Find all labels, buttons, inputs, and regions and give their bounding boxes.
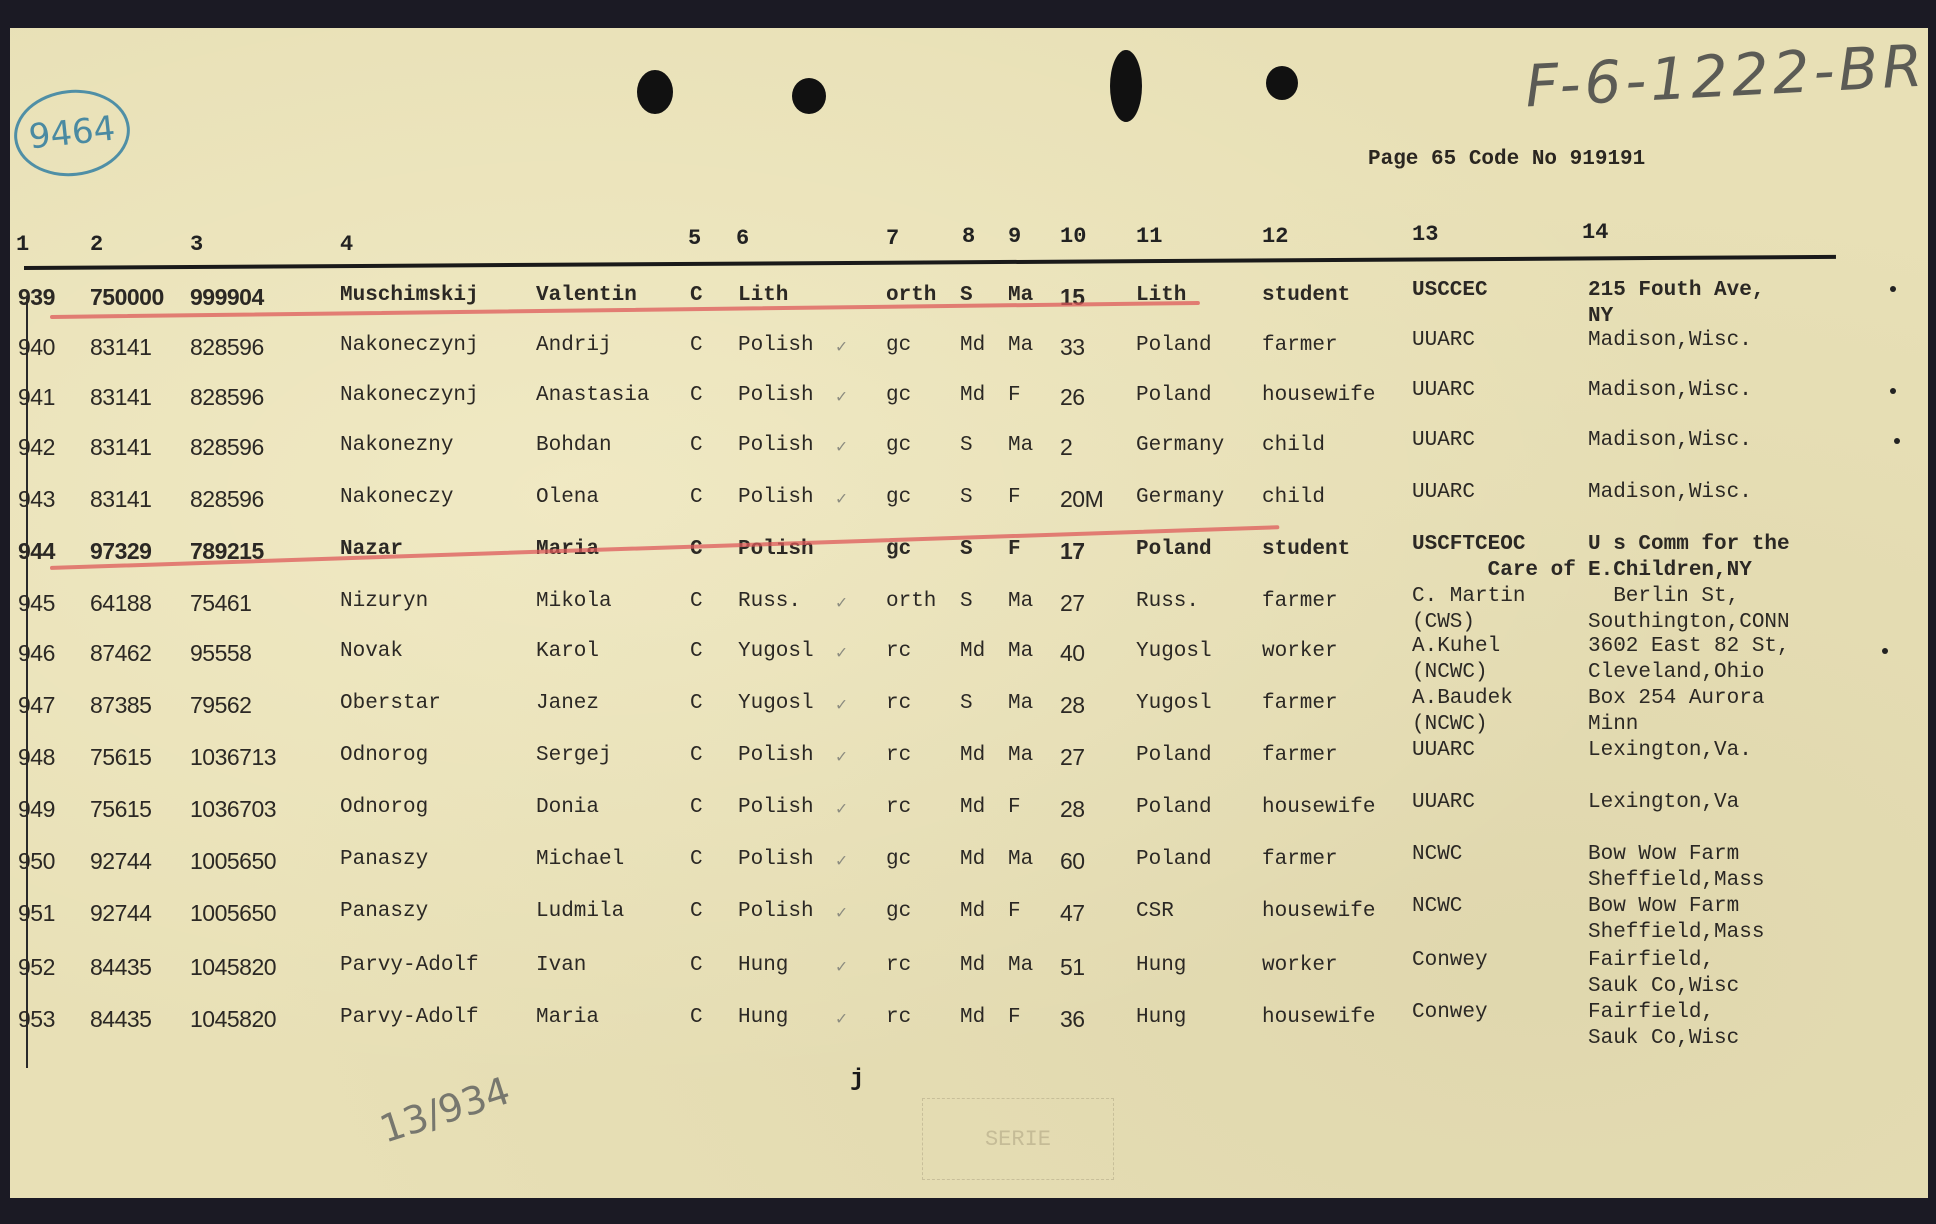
entry-number: 948 xyxy=(18,744,55,771)
table-row: 949756151036703OdnorogDoniaCPolish✓rcMdF… xyxy=(10,796,1928,846)
column-header: 11 xyxy=(1136,224,1162,249)
destination-address: 215 Fouth Ave, NY xyxy=(1588,278,1764,330)
column-header: 10 xyxy=(1060,224,1086,249)
file-number: 828596 xyxy=(190,384,264,411)
marital-status: Md xyxy=(960,848,985,871)
entry-number: 944 xyxy=(18,538,55,565)
age: 47 xyxy=(1060,900,1085,927)
entry-number: 940 xyxy=(18,334,55,361)
entry-number: 945 xyxy=(18,590,55,617)
sponsoring-agency: NCWC xyxy=(1412,842,1462,868)
document-page: 9464 F-6-1222-BR Page 65 Code No 919191 … xyxy=(10,28,1928,1198)
file-number: 1005650 xyxy=(190,848,276,875)
religion: gc xyxy=(886,334,911,357)
occupation: worker xyxy=(1262,640,1338,663)
column-header: 2 xyxy=(90,232,103,257)
case-number: 75615 xyxy=(90,796,151,823)
age: 17 xyxy=(1060,538,1085,565)
checkmark-icon: ✓ xyxy=(836,1008,847,1030)
nationality: Polish xyxy=(738,796,814,819)
sponsoring-agency: A.Kuhel (NCWC) xyxy=(1412,634,1500,686)
age: 51 xyxy=(1060,954,1085,981)
nationality: Russ. xyxy=(738,590,801,613)
age: 27 xyxy=(1060,744,1085,771)
marital-status: Md xyxy=(960,954,985,977)
occupation: farmer xyxy=(1262,334,1338,357)
country: Poland xyxy=(1136,848,1212,871)
sponsoring-agency: Conwey xyxy=(1412,948,1488,974)
occupation: farmer xyxy=(1262,848,1338,871)
category: C xyxy=(690,384,703,407)
nationality: Polish xyxy=(738,384,814,407)
destination-address: Berlin St, Southington,CONN xyxy=(1588,584,1790,636)
nationality: Polish xyxy=(738,744,814,767)
country: Russ. xyxy=(1136,590,1199,613)
entry-number: 952 xyxy=(18,954,55,981)
punch-hole xyxy=(1110,50,1142,122)
given-name: Donia xyxy=(536,796,599,819)
surname: Nakoneczynj xyxy=(340,334,479,357)
entry-number: 941 xyxy=(18,384,55,411)
table-row: 951927441005650PanaszyLudmilaCPolish✓gcM… xyxy=(10,900,1928,950)
file-number: 999904 xyxy=(190,284,264,311)
checkmark-icon: ✓ xyxy=(836,798,847,820)
checkmark-icon: ✓ xyxy=(836,956,847,978)
nationality: Polish xyxy=(738,900,814,923)
marital-status: Md xyxy=(960,640,985,663)
table-row: 948756151036713OdnorogSergejCPolish✓rcMd… xyxy=(10,744,1928,794)
surname: Panaszy xyxy=(340,900,428,923)
checkmark-icon: ✓ xyxy=(836,694,847,716)
sponsoring-agency: USCFTCEOC Care of xyxy=(1412,532,1576,584)
given-name: Maria xyxy=(536,1006,599,1029)
file-number: 1045820 xyxy=(190,954,276,981)
marital-status: S xyxy=(960,434,973,457)
sex: F xyxy=(1008,486,1021,509)
margin-dot xyxy=(1890,388,1896,394)
checkmark-icon: ✓ xyxy=(836,336,847,358)
sex: Ma xyxy=(1008,434,1033,457)
checkmark-icon: ✓ xyxy=(836,592,847,614)
occupation: farmer xyxy=(1262,744,1338,767)
category: C xyxy=(690,1006,703,1029)
age: 20M xyxy=(1060,486,1103,513)
column-header: 13 xyxy=(1412,222,1438,247)
sex: Ma xyxy=(1008,692,1033,715)
punch-hole xyxy=(1266,66,1298,100)
category: C xyxy=(690,640,703,663)
table-row: 94083141828596NakoneczynjAndrijCPolish✓g… xyxy=(10,334,1928,384)
case-number: 87385 xyxy=(90,692,151,719)
page-code-line: Page 65 Code No 919191 xyxy=(1368,148,1645,171)
destination-address: Madison,Wisc. xyxy=(1588,480,1752,506)
case-number: 750000 xyxy=(90,284,164,311)
surname: Nizuryn xyxy=(340,590,428,613)
table-row: 94497329789215NazarMariaCPolishgcSF17Pol… xyxy=(10,538,1928,588)
destination-address: Lexington,Va. xyxy=(1588,738,1752,764)
category: C xyxy=(690,796,703,819)
stamp-number: 9464 xyxy=(10,84,134,182)
margin-dot xyxy=(1890,286,1896,292)
country: Poland xyxy=(1136,334,1212,357)
file-number: 1005650 xyxy=(190,900,276,927)
sex: Ma xyxy=(1008,590,1033,613)
age: 2 xyxy=(1060,434,1072,461)
column-header: 3 xyxy=(190,232,203,257)
sex: Ma xyxy=(1008,334,1033,357)
religion: gc xyxy=(886,486,911,509)
category: C xyxy=(690,434,703,457)
marital-status: Md xyxy=(960,334,985,357)
category: C xyxy=(690,900,703,923)
religion: rc xyxy=(886,692,911,715)
entry-number: 939 xyxy=(18,284,55,311)
category: C xyxy=(690,744,703,767)
religion: rc xyxy=(886,954,911,977)
religion: gc xyxy=(886,848,911,871)
case-number: 83141 xyxy=(90,486,151,513)
age: 36 xyxy=(1060,1006,1085,1033)
marital-status: Md xyxy=(960,796,985,819)
sponsoring-agency: Conwey xyxy=(1412,1000,1488,1026)
given-name: Olena xyxy=(536,486,599,509)
column-header: 1 xyxy=(16,232,29,257)
case-number: 75615 xyxy=(90,744,151,771)
occupation: farmer xyxy=(1262,590,1338,613)
category: C xyxy=(690,590,703,613)
sponsoring-agency: NCWC xyxy=(1412,894,1462,920)
marital-status: Md xyxy=(960,1006,985,1029)
column-header: 12 xyxy=(1262,224,1288,249)
table-row: 9456418875461NizurynMikolaCRuss.✓orthSMa… xyxy=(10,590,1928,640)
religion: gc xyxy=(886,434,911,457)
handwritten-reference: F-6-1222-BR xyxy=(1523,32,1928,121)
category: C xyxy=(690,334,703,357)
entry-number: 942 xyxy=(18,434,55,461)
destination-address: Madison,Wisc. xyxy=(1588,378,1752,404)
sex: F xyxy=(1008,900,1021,923)
surname: Odnorog xyxy=(340,796,428,819)
case-number: 92744 xyxy=(90,900,151,927)
country: Germany xyxy=(1136,434,1224,457)
country: CSR xyxy=(1136,900,1174,923)
given-name: Michael xyxy=(536,848,624,871)
given-name: Janez xyxy=(536,692,599,715)
nationality: Lith xyxy=(738,284,788,307)
checkmark-icon: ✓ xyxy=(836,746,847,768)
file-number: 1045820 xyxy=(190,1006,276,1033)
surname: Oberstar xyxy=(340,692,441,715)
occupation: worker xyxy=(1262,954,1338,977)
destination-address: Madison,Wisc. xyxy=(1588,428,1752,454)
surname: Nakonezny xyxy=(340,434,453,457)
age: 26 xyxy=(1060,384,1085,411)
column-header: 5 xyxy=(688,226,701,251)
category: C xyxy=(690,538,703,561)
nationality: Polish xyxy=(738,848,814,871)
occupation: student xyxy=(1262,538,1350,561)
sex: F xyxy=(1008,1006,1021,1029)
surname: Nakoneczy xyxy=(340,486,453,509)
sex: Ma xyxy=(1008,848,1033,871)
religion: rc xyxy=(886,1006,911,1029)
sponsoring-agency: UUARC xyxy=(1412,480,1475,506)
nationality: Polish xyxy=(738,334,814,357)
age: 28 xyxy=(1060,796,1085,823)
column-header: 4 xyxy=(340,232,353,257)
file-number: 79562 xyxy=(190,692,251,719)
religion: orth xyxy=(886,590,936,613)
header-rule xyxy=(24,255,1836,270)
sponsoring-agency: C. Martin (CWS) xyxy=(1412,584,1525,636)
given-name: Ivan xyxy=(536,954,586,977)
sponsoring-agency: UUARC xyxy=(1412,790,1475,816)
case-number: 83141 xyxy=(90,384,151,411)
religion: rc xyxy=(886,640,911,663)
age: 40 xyxy=(1060,640,1085,667)
marital-status: S xyxy=(960,692,973,715)
surname: Novak xyxy=(340,640,403,663)
destination-address: Madison,Wisc. xyxy=(1588,328,1752,354)
punch-hole xyxy=(792,78,826,114)
category: C xyxy=(690,284,703,307)
checkmark-icon: ✓ xyxy=(836,902,847,924)
given-name: Mikola xyxy=(536,590,612,613)
file-number: 828596 xyxy=(190,334,264,361)
given-name: Karol xyxy=(536,640,599,663)
entry-number: 949 xyxy=(18,796,55,823)
destination-address: U s Comm for the E.Children,NY xyxy=(1588,532,1790,584)
surname: Parvy-Adolf xyxy=(340,1006,479,1029)
sex: Ma xyxy=(1008,954,1033,977)
category: C xyxy=(690,692,703,715)
case-number: 84435 xyxy=(90,954,151,981)
country: Germany xyxy=(1136,486,1224,509)
checkmark-icon: ✓ xyxy=(836,850,847,872)
destination-address: Box 254 Aurora Minn xyxy=(1588,686,1764,738)
file-number: 828596 xyxy=(190,434,264,461)
file-number: 95558 xyxy=(190,640,251,667)
religion: gc xyxy=(886,900,911,923)
destination-address: Fairfield, Sauk Co,Wisc xyxy=(1588,1000,1739,1052)
case-number: 83141 xyxy=(90,434,151,461)
age: 27 xyxy=(1060,590,1085,617)
sex: F xyxy=(1008,384,1021,407)
given-name: Andrij xyxy=(536,334,612,357)
marital-status: S xyxy=(960,486,973,509)
faint-stamp: SERIE xyxy=(922,1098,1114,1180)
country: Hung xyxy=(1136,1006,1186,1029)
country: Yugosl xyxy=(1136,640,1212,663)
column-header: 14 xyxy=(1582,220,1608,245)
table-row: 94283141828596NakoneznyBohdanCPolish✓gcS… xyxy=(10,434,1928,484)
sex: Ma xyxy=(1008,640,1033,663)
sex: Ma xyxy=(1008,744,1033,767)
entry-number: 953 xyxy=(18,1006,55,1033)
file-number: 1036713 xyxy=(190,744,276,771)
case-number: 97329 xyxy=(90,538,151,565)
occupation: child xyxy=(1262,434,1325,457)
nationality: Hung xyxy=(738,1006,788,1029)
given-name: Sergej xyxy=(536,744,612,767)
religion: rc xyxy=(886,796,911,819)
given-name: Bohdan xyxy=(536,434,612,457)
country: Poland xyxy=(1136,538,1212,561)
occupation: child xyxy=(1262,486,1325,509)
sponsoring-agency: UUARC xyxy=(1412,378,1475,404)
entry-number: 947 xyxy=(18,692,55,719)
case-number: 64188 xyxy=(90,590,151,617)
table-row: 94383141828596NakoneczyOlenaCPolish✓gcSF… xyxy=(10,486,1928,536)
typed-mark: j xyxy=(850,1066,864,1093)
marital-status: S xyxy=(960,538,973,561)
given-name: Anastasia xyxy=(536,384,649,407)
surname: Odnorog xyxy=(340,744,428,767)
religion: rc xyxy=(886,744,911,767)
file-number: 75461 xyxy=(190,590,251,617)
table-row: 939750000999904MuschimskijValentinCLitho… xyxy=(10,284,1928,334)
column-header: 9 xyxy=(1008,224,1021,249)
destination-address: Lexington,Va xyxy=(1588,790,1739,816)
occupation: housewife xyxy=(1262,384,1375,407)
surname: Nakoneczynj xyxy=(340,384,479,407)
nationality: Polish xyxy=(738,486,814,509)
marital-status: Md xyxy=(960,384,985,407)
case-number: 83141 xyxy=(90,334,151,361)
margin-dot xyxy=(1894,438,1900,444)
age: 15 xyxy=(1060,284,1085,311)
given-name: Ludmila xyxy=(536,900,624,923)
sponsoring-agency: UUARC xyxy=(1412,738,1475,764)
column-header: 6 xyxy=(736,226,749,251)
table-row: 9478738579562OberstarJanezCYugosl✓rcSMa2… xyxy=(10,692,1928,742)
marital-status: S xyxy=(960,590,973,613)
country: Yugosl xyxy=(1136,692,1212,715)
table-row: 950927441005650PanaszyMichaelCPolish✓gcM… xyxy=(10,848,1928,898)
occupation: student xyxy=(1262,284,1350,307)
country: Poland xyxy=(1136,384,1212,407)
entry-number: 951 xyxy=(18,900,55,927)
table-row: 94183141828596NakoneczynjAnastasiaCPolis… xyxy=(10,384,1928,434)
checkmark-icon: ✓ xyxy=(836,386,847,408)
surname: Parvy-Adolf xyxy=(340,954,479,977)
surname: Muschimskij xyxy=(340,284,479,307)
destination-address: 3602 East 82 St, Cleveland,Ohio xyxy=(1588,634,1790,686)
file-number: 828596 xyxy=(190,486,264,513)
marital-status: Md xyxy=(960,900,985,923)
file-number: 1036703 xyxy=(190,796,276,823)
country: Poland xyxy=(1136,744,1212,767)
margin-dot xyxy=(1882,648,1888,654)
nationality: Polish xyxy=(738,434,814,457)
occupation: housewife xyxy=(1262,900,1375,923)
country: Hung xyxy=(1136,954,1186,977)
sponsoring-agency: UUARC xyxy=(1412,328,1475,354)
occupation: housewife xyxy=(1262,796,1375,819)
case-number: 84435 xyxy=(90,1006,151,1033)
age: 60 xyxy=(1060,848,1085,875)
table-row: 952844351045820Parvy-AdolfIvanCHung✓rcMd… xyxy=(10,954,1928,1004)
category: C xyxy=(690,486,703,509)
column-header: 7 xyxy=(886,226,899,251)
punch-hole xyxy=(637,70,673,114)
given-name: Valentin xyxy=(536,284,637,307)
surname: Panaszy xyxy=(340,848,428,871)
age: 33 xyxy=(1060,334,1085,361)
category: C xyxy=(690,954,703,977)
case-number: 92744 xyxy=(90,848,151,875)
table-row: 9468746295558NovakKarolCYugosl✓rcMdMa40Y… xyxy=(10,640,1928,690)
sponsoring-agency: USCCEC xyxy=(1412,278,1488,304)
entry-number: 950 xyxy=(18,848,55,875)
nationality: Yugosl xyxy=(738,692,814,715)
country: Poland xyxy=(1136,796,1212,819)
nationality: Hung xyxy=(738,954,788,977)
handwritten-annotation: 13/934 xyxy=(374,1068,515,1151)
destination-address: Bow Wow Farm Sheffield,Mass xyxy=(1588,842,1764,894)
sex: F xyxy=(1008,538,1021,561)
religion: gc xyxy=(886,384,911,407)
marital-status: Md xyxy=(960,744,985,767)
column-header: 8 xyxy=(962,224,975,249)
sponsoring-agency: A.Baudek (NCWC) xyxy=(1412,686,1513,738)
category: C xyxy=(690,848,703,871)
sex: F xyxy=(1008,796,1021,819)
checkmark-icon: ✓ xyxy=(836,488,847,510)
destination-address: Fairfield, Sauk Co,Wisc xyxy=(1588,948,1739,1000)
table-row: 953844351045820Parvy-AdolfMariaCHung✓rcM… xyxy=(10,1006,1928,1056)
occupation: housewife xyxy=(1262,1006,1375,1029)
entry-number: 943 xyxy=(18,486,55,513)
age: 28 xyxy=(1060,692,1085,719)
nationality: Yugosl xyxy=(738,640,814,663)
checkmark-icon: ✓ xyxy=(836,642,847,664)
entry-number: 946 xyxy=(18,640,55,667)
sponsoring-agency: UUARC xyxy=(1412,428,1475,454)
checkmark-icon: ✓ xyxy=(836,436,847,458)
occupation: farmer xyxy=(1262,692,1338,715)
destination-address: Bow Wow Farm Sheffield,Mass xyxy=(1588,894,1764,946)
case-number: 87462 xyxy=(90,640,151,667)
